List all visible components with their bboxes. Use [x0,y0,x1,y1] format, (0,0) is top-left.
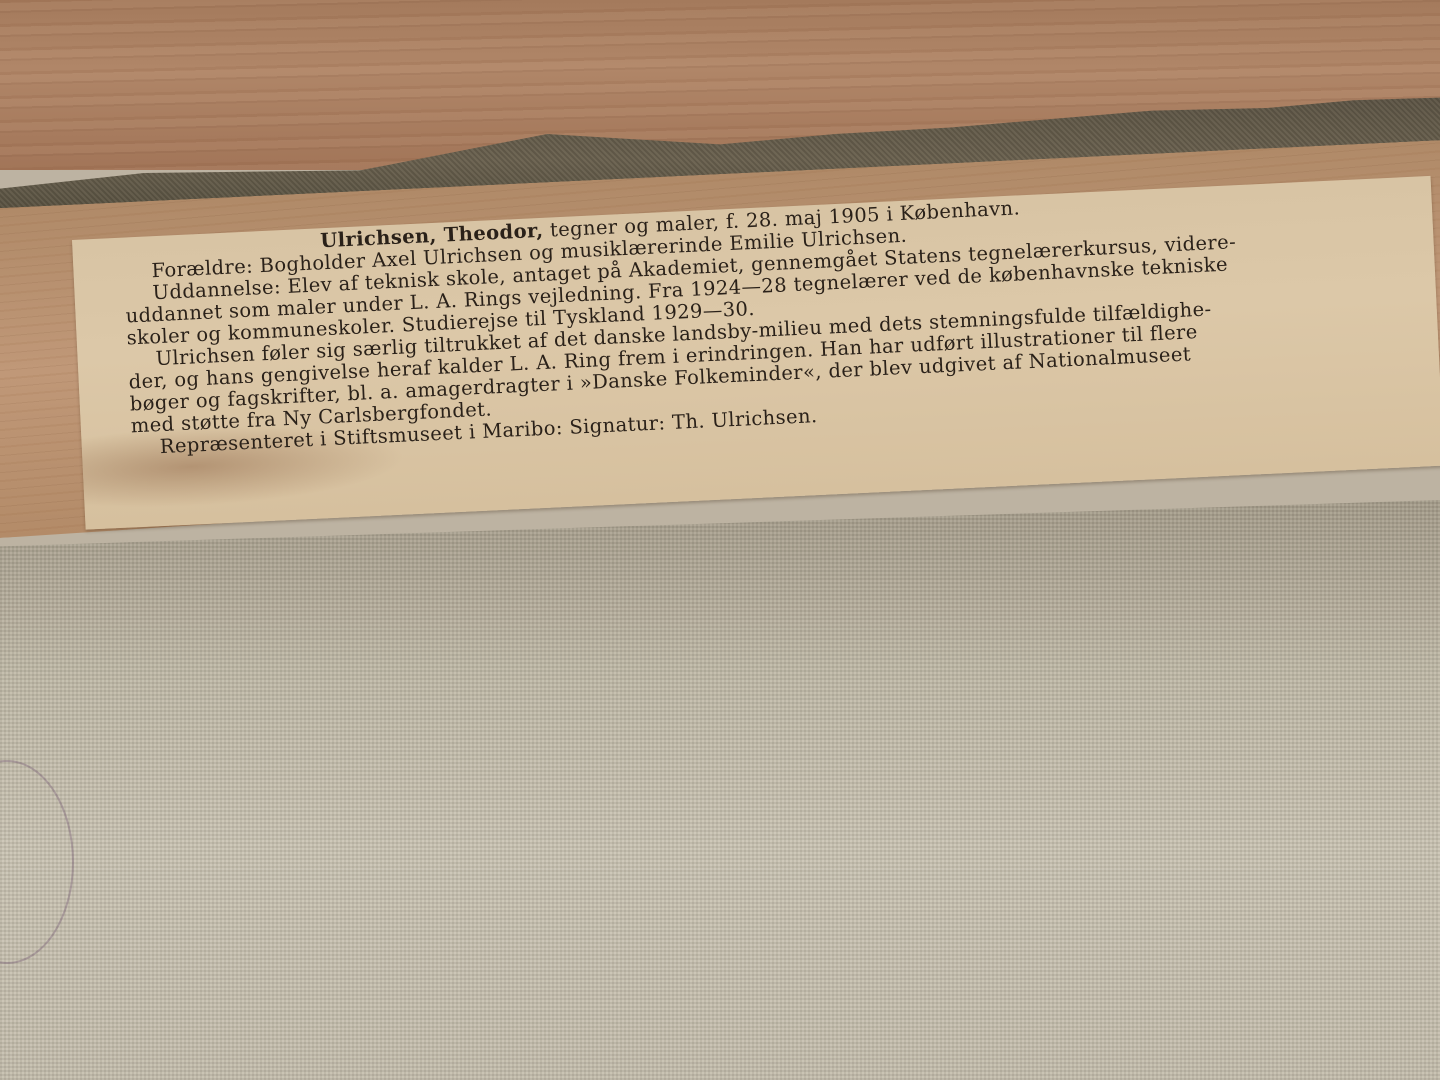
canvas-back [0,500,1440,1080]
